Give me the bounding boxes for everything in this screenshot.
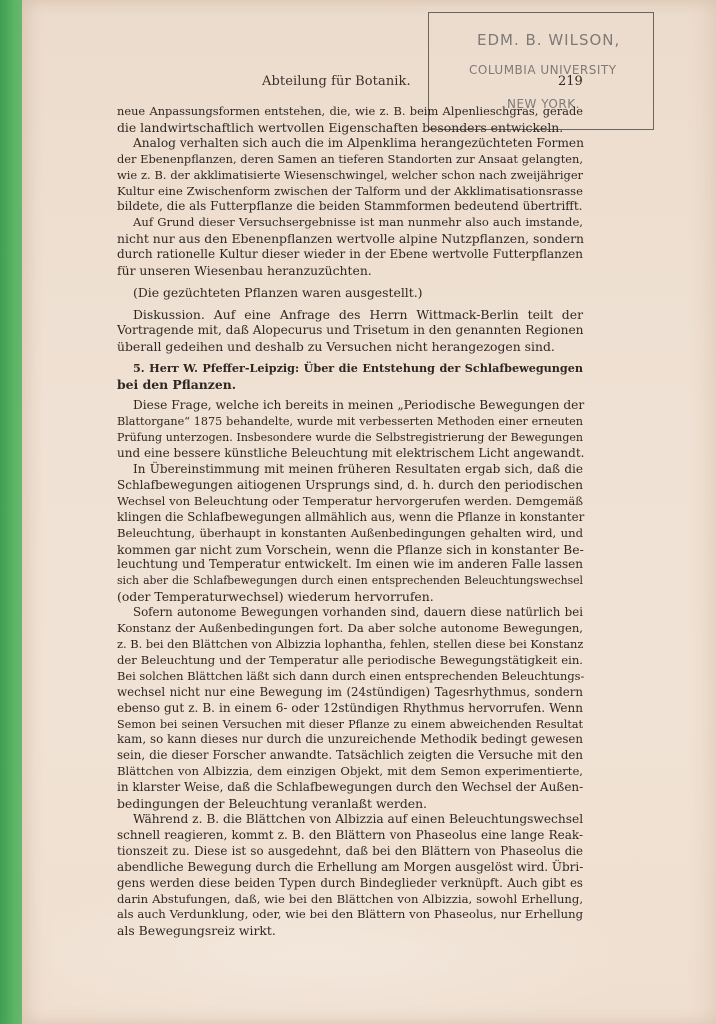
text-line: gens werden diese beiden Typen durch Bin…	[117, 876, 583, 892]
text-line: klingen die Schlafbewegungen allmählich …	[117, 510, 583, 526]
text-line: Vortragende mit, daß Alopecurus und Tris…	[117, 323, 583, 339]
text-line: Sofern autonome Bewegungen vorhanden sin…	[117, 605, 583, 621]
text-line: schnell reagieren, kommt z. B. den Blätt…	[117, 828, 583, 844]
text-line: in klarster Weise, daß die Schlafbewegun…	[117, 780, 583, 796]
text-line: Auf Grund dieser Versuchsergebnisse ist …	[117, 215, 583, 231]
text-line: kommen gar nicht zum Vorschein, wenn die…	[117, 542, 583, 558]
binding-green-strip	[0, 0, 24, 1024]
text-line: Prüfung unterzogen. Insbesondere wurde d…	[117, 430, 583, 446]
text-line: für unseren Wiesenbau heranzuzüchten.	[117, 263, 583, 279]
running-header: Abteilung für Botanik.	[262, 74, 411, 89]
text-line: Semon bei seinen Versuchen mit dieser Pf…	[117, 717, 583, 733]
text-line: Konstanz der Außenbedingungen fort. Da a…	[117, 621, 583, 637]
text-line: der Beleuchtung und der Temperatur alle …	[117, 653, 583, 669]
text-line: tionszeit zu. Diese ist so ausgedehnt, d…	[117, 844, 583, 860]
text-line: Diese Frage, welche ich bereits in meine…	[117, 398, 583, 414]
text-line: Während z. B. die Blättchen von Albizzia…	[117, 812, 583, 828]
text-line: und eine bessere künstliche Beleuchtung …	[117, 446, 583, 462]
text-line: die landwirtschaftlich wertvollen Eigens…	[117, 120, 583, 136]
text-line: In Übereinstimmung mit meinen früheren R…	[117, 462, 583, 478]
text-line: Schlafbewegungen aitiogenen Ursprungs si…	[117, 478, 583, 494]
section-title-line: 5. Herr W. Pfeffer-Leipzig: Über die Ent…	[117, 361, 583, 377]
text-line: nicht nur aus den Ebenenpflanzen wertvol…	[117, 231, 583, 247]
text-line: (Die gezüchteten Pflanzen waren ausgeste…	[117, 285, 583, 301]
text-line: Wechsel von Beleuchtung oder Temperatur …	[117, 494, 583, 510]
text-line: durch rationelle Kultur dieser wieder in…	[117, 247, 583, 263]
text-line: darin Abstufungen, daß, wie bei den Blät…	[117, 892, 583, 908]
body-text: neue Anpassungsformen entstehen, die, wi…	[117, 104, 583, 939]
text-line: kam, so kann dieses nur durch die unzure…	[117, 732, 583, 748]
text-line: neue Anpassungsformen entstehen, die, wi…	[117, 104, 583, 120]
text-line: überall gedeihen und deshalb zu Versuche…	[117, 339, 583, 355]
discussion-heading-line: Diskussion. Auf eine Anfrage des Herrn W…	[117, 307, 583, 323]
text-line: ebenso gut z. B. in einem 6- oder 12stün…	[117, 701, 583, 717]
text-line: bedingungen der Beleuchtung veranlaßt we…	[117, 796, 583, 812]
text-line: wechsel nicht nur eine Bewegung im (24st…	[117, 685, 583, 701]
stamp-line-university: COLUMBIA UNIVERSITY	[469, 63, 617, 77]
text-line: Analog verhalten sich auch die im Alpenk…	[117, 136, 583, 152]
text-line: als auch Verdunklung, oder, wie bei den …	[117, 907, 583, 923]
text-line: Bei solchen Blättchen läßt sich dann dur…	[117, 669, 583, 685]
text-line: wie z. B. der akklimatisierte Wiesenschw…	[117, 168, 583, 184]
stamp-line-name: EDM. B. WILSON,	[477, 31, 620, 49]
text-line: als Bewegungsreiz wirkt.	[117, 923, 583, 939]
section-title-line: bei den Pflanzen.	[117, 377, 583, 393]
text-line: der Ebenenpflanzen, deren Samen an tiefe…	[117, 152, 583, 168]
text-line: sein, die dieser Forscher anwandte. Tats…	[117, 748, 583, 764]
text-line: Beleuchtung, überhaupt in konstanten Auß…	[117, 526, 583, 542]
text-line: bildete, die als Futterpflanze die beide…	[117, 199, 583, 215]
text-line: (oder Temperaturwechsel) wiederum hervor…	[117, 589, 583, 605]
text-line: z. B. bei den Blättchen von Albizzia lop…	[117, 637, 583, 653]
text-line: Blättchen von Albizzia, dem einzigen Obj…	[117, 764, 583, 780]
text-line: Kultur eine Zwischenform zwischen der Ta…	[117, 184, 583, 200]
text-line: leuchtung und Temperatur entwickelt. Im …	[117, 557, 583, 573]
text-line: Blattorgane“ 1875 behandelte, wurde mit …	[117, 414, 583, 430]
text-line: sich aber die Schlafbewegungen durch ein…	[117, 573, 583, 589]
text-line: abendliche Bewegung durch die Erhellung …	[117, 860, 583, 876]
